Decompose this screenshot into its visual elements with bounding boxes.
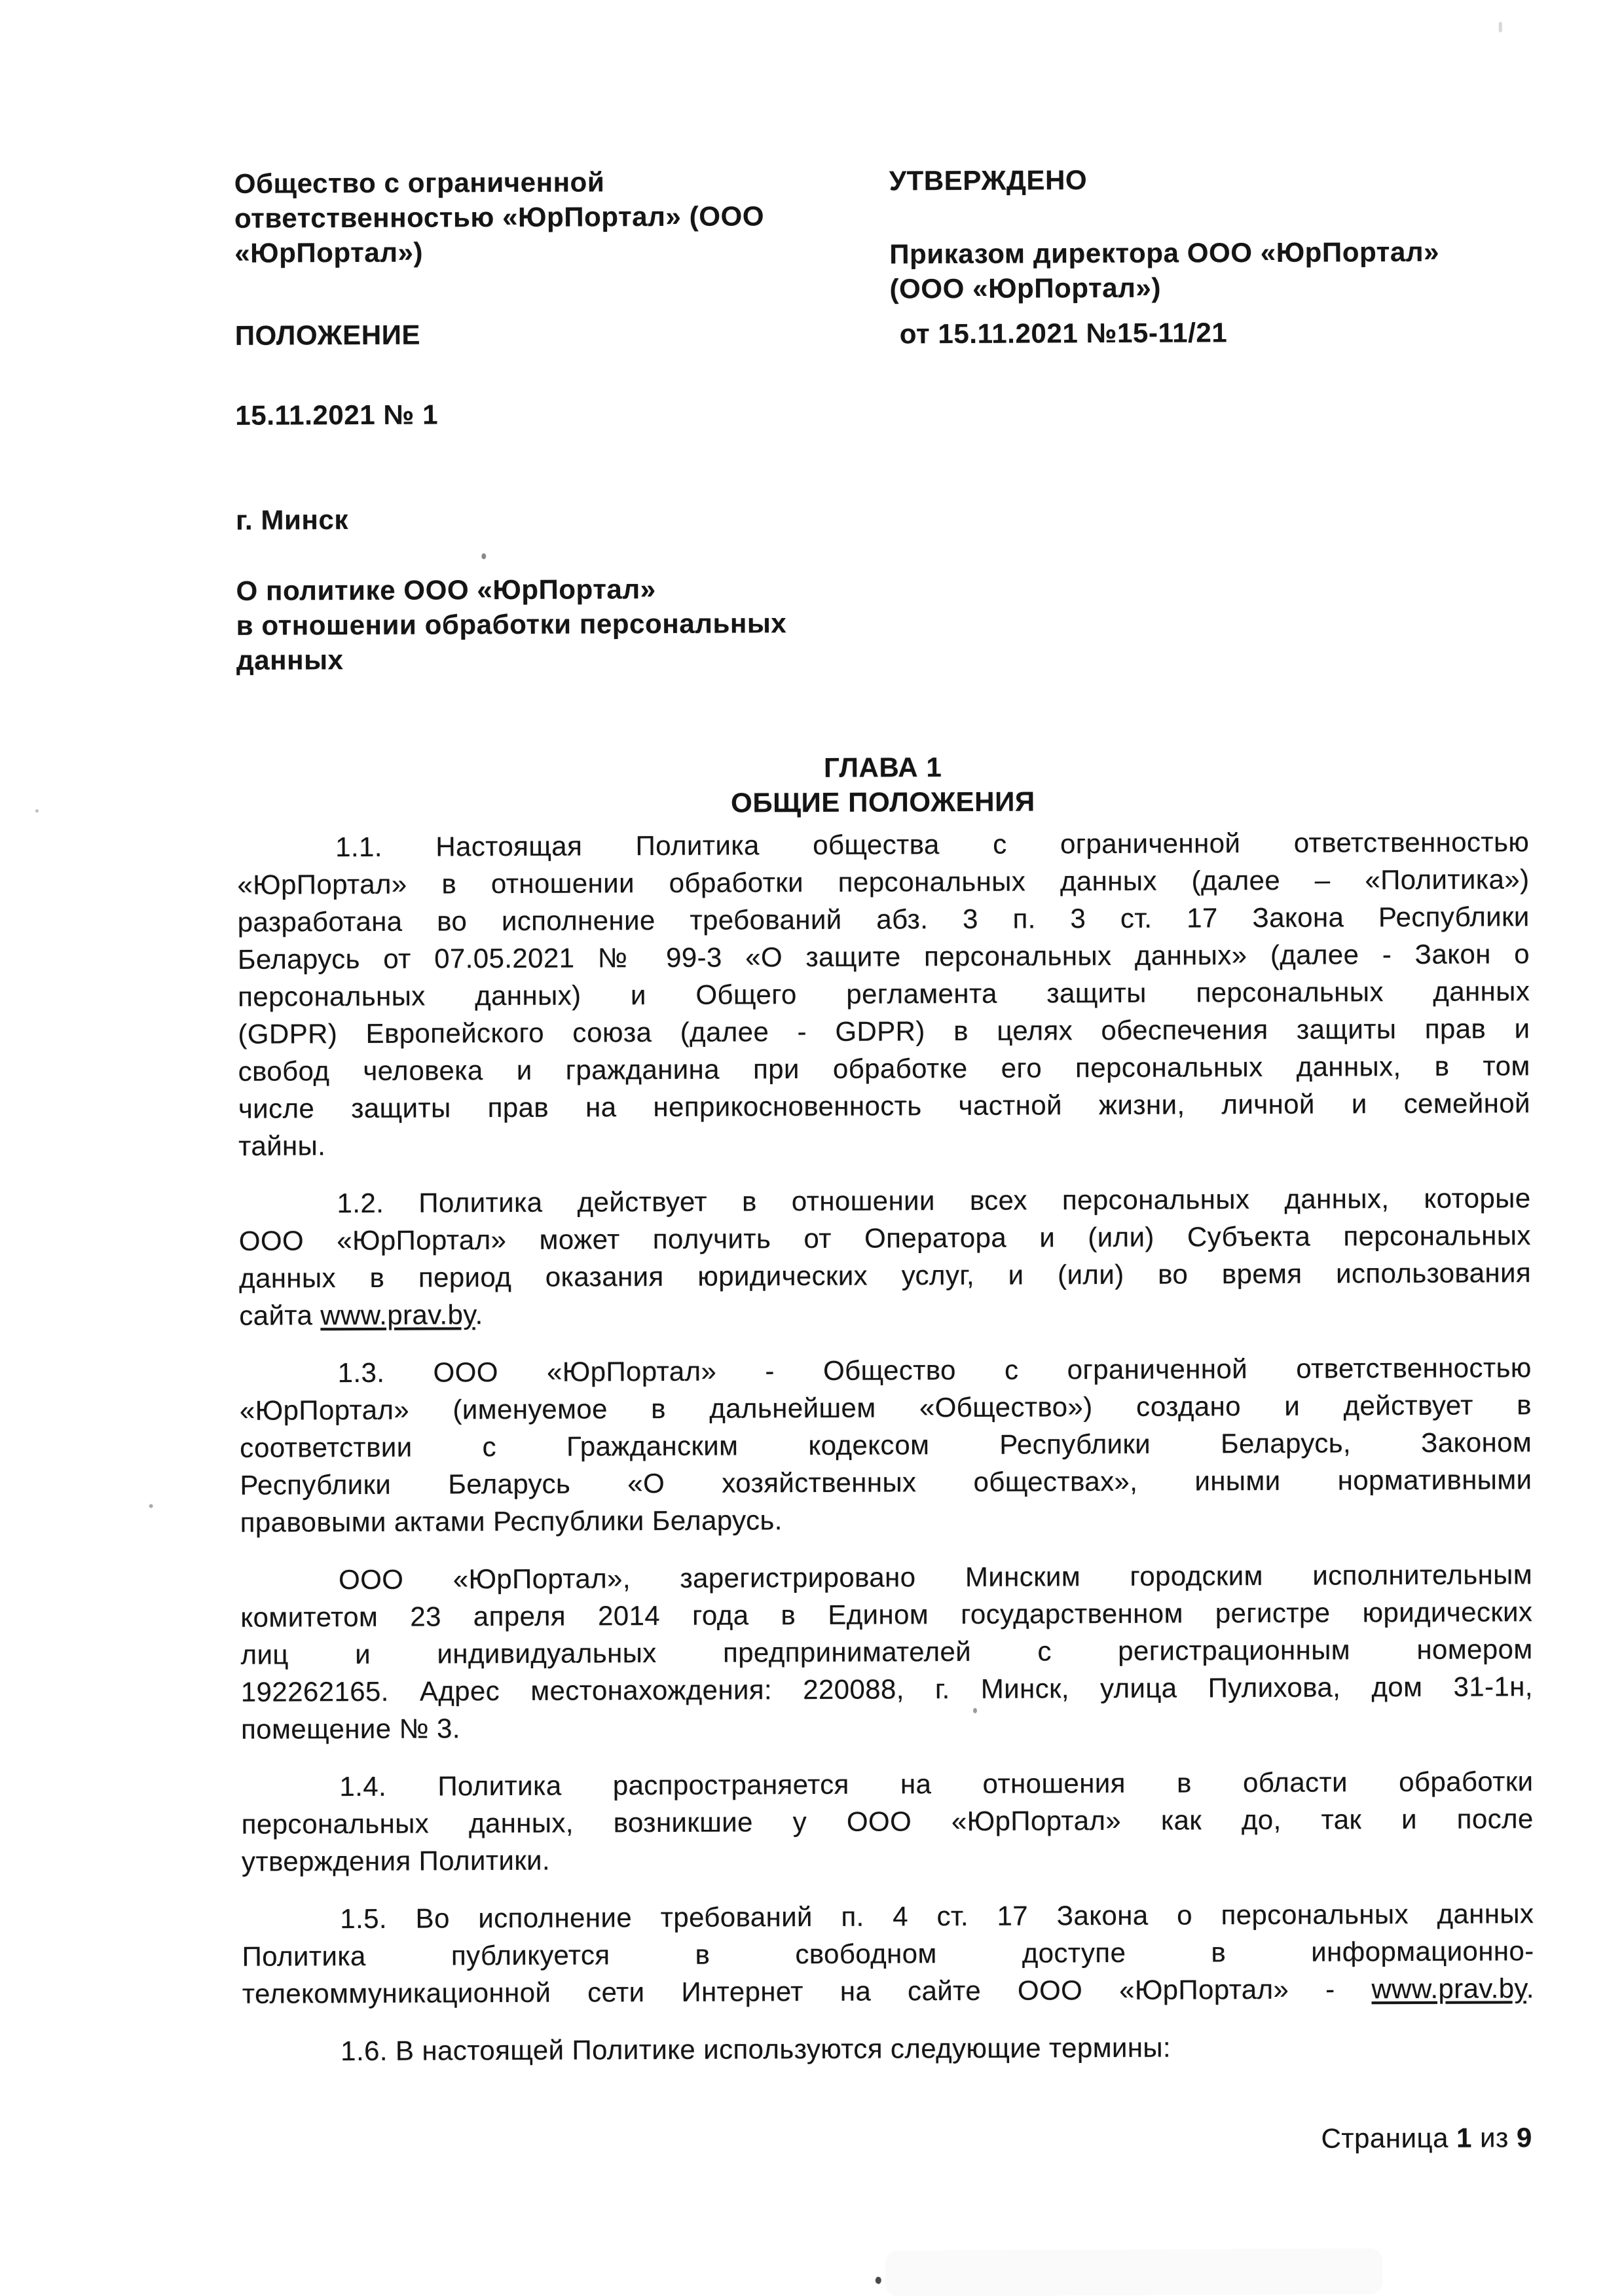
- company-name: Общество с ограниченнойответственностью …: [234, 164, 765, 270]
- document-line: числе защиты прав на неприкосновенность …: [238, 1084, 1530, 1127]
- document-line: 1.1. Настоящая Политика общества с огран…: [237, 823, 1529, 866]
- document-line: Беларусь от 07.05.2021 № 99-3 «О защите …: [238, 935, 1530, 978]
- paragraph: 1.4. Политика распространяется на отноше…: [241, 1762, 1534, 1880]
- scan-speck: [876, 2277, 881, 2284]
- city: г. Минск: [236, 502, 348, 538]
- doc-subject-line: данных: [236, 640, 787, 678]
- company-name-line: ответственностью «ЮрПортал» (ООО: [234, 198, 764, 236]
- paragraph: 1.3. ООО «ЮрПортал» - Общество с огранич…: [240, 1349, 1532, 1541]
- document-line: телекоммуникационной сети Интернет на са…: [242, 1969, 1534, 2013]
- document-line: ООО «ЮрПортал» может получить от Операто…: [239, 1216, 1531, 1260]
- document-page: Общество с ограниченнойответственностью …: [0, 0, 1624, 2296]
- paragraph: ООО «ЮрПортал», зарегистрировано Минским…: [240, 1556, 1533, 1748]
- footer-text: 1: [1456, 2123, 1472, 2153]
- prav-by-link: www.prav.by: [1371, 1973, 1526, 2004]
- chapter-heading: ГЛАВА 1 ОБЩИЕ ПОЛОЖЕНИЯ: [237, 747, 1529, 822]
- document-line: сайта www.prav.by.: [239, 1291, 1531, 1334]
- paragraph: 1.2. Политика действует в отношении всех…: [238, 1179, 1531, 1334]
- document-line: 192262165. Адрес местонахождения: 220088…: [241, 1667, 1533, 1711]
- order-date-number: от 15.11.2021 №15-11/21: [900, 315, 1228, 351]
- paragraph: 1.6. В настоящей Политике используются с…: [242, 2027, 1534, 2070]
- approval-stamp: Приказом директора ООО «ЮрПортал»(ООО «Ю…: [889, 234, 1439, 306]
- paragraph: 1.1. Настоящая Политика общества с огран…: [237, 823, 1530, 1165]
- document-line: свобод человека и гражданина при обработ…: [238, 1047, 1530, 1090]
- document-line: 1.2. Политика действует в отношении всех…: [238, 1179, 1530, 1222]
- doc-subject-line: в отношении обработки персональных: [236, 606, 787, 643]
- document-line: «ЮрПортал» (именуемое в дальнейшем «Обще…: [240, 1386, 1532, 1429]
- scanned-content: Общество с ограниченнойответственностью …: [0, 0, 1624, 2296]
- document-line: ООО «ЮрПортал», зарегистрировано Минским…: [240, 1556, 1532, 1599]
- document-line: разработана во исполнение требований абз…: [238, 898, 1530, 941]
- chapter-number: ГЛАВА 1: [237, 747, 1529, 788]
- paragraph: 1.5. Во исполнение требований п. 4 ст. 1…: [242, 1895, 1534, 2013]
- approved-by-line: (ООО «ЮрПортал»): [889, 269, 1439, 306]
- document-line: 1.3. ООО «ЮрПортал» - Общество с огранич…: [240, 1349, 1532, 1392]
- scan-speck: [481, 553, 486, 559]
- document-line: помещение № 3.: [241, 1705, 1533, 1748]
- document-line: (GDPR) Европейского союза (далее - GDPR)…: [238, 1010, 1530, 1053]
- document-line: данных в период оказания юридических усл…: [239, 1254, 1531, 1297]
- page-footer: Страница 1 из 9: [1321, 2122, 1532, 2154]
- footer-text: 9: [1517, 2122, 1532, 2153]
- document-body: 1.1. Настоящая Политика общества с огран…: [237, 823, 1534, 2090]
- doc-subject-line: О политике ООО «ЮрПортал»: [236, 571, 786, 608]
- chapter-title: ОБЩИЕ ПОЛОЖЕНИЯ: [237, 782, 1529, 822]
- document-line: лиц и индивидуальных предпринимателей с …: [240, 1630, 1532, 1673]
- document-line: 1.4. Политика распространяется на отноше…: [241, 1762, 1533, 1806]
- scan-speck: [973, 1708, 977, 1713]
- document-line: Политика публикуется в свободном доступе…: [242, 1932, 1534, 1975]
- document-line: персональных данных, возникшие у ООО «Юр…: [242, 1800, 1534, 1843]
- document-line: 1.5. Во исполнение требований п. 4 ст. 1…: [242, 1895, 1534, 1938]
- company-name-line: Общество с ограниченной: [234, 164, 764, 201]
- company-name-line: «ЮрПортал»): [234, 233, 764, 270]
- document-line: правовыми актами Республики Беларусь.: [240, 1498, 1532, 1541]
- scan-speck: [1499, 22, 1502, 32]
- document-line: 1.6. В настоящей Политике используются с…: [242, 2027, 1534, 2070]
- document-line: комитетом 23 апреля 2014 года в Едином г…: [240, 1593, 1532, 1636]
- document-line: соответствии с Гражданским кодексом Респ…: [240, 1423, 1532, 1467]
- scan-speck: [35, 809, 39, 812]
- doc-date-number: 15.11.2021 № 1: [235, 397, 438, 432]
- document-line: Республики Беларусь «О хозяйственных общ…: [240, 1461, 1532, 1504]
- document-line: персональных данных) и Общего регламента…: [238, 972, 1530, 1015]
- scan-smudge: [885, 2248, 1383, 2296]
- document-line: тайны.: [238, 1121, 1530, 1165]
- document-line: утверждения Политики.: [242, 1837, 1534, 1880]
- doc-subject: О политике ООО «ЮрПортал»в отношении обр…: [236, 571, 786, 678]
- footer-text: из: [1472, 2122, 1517, 2153]
- scan-speck: [149, 1504, 153, 1508]
- doc-type: ПОЛОЖЕНИЕ: [235, 318, 421, 353]
- approved-by-line: Приказом директора ООО «ЮрПортал»: [889, 234, 1439, 272]
- approved-label: УТВЕРЖДЕНО: [889, 162, 1088, 198]
- prav-by-link: www.prav.by: [320, 1299, 475, 1330]
- footer-text: Страница: [1321, 2123, 1456, 2154]
- document-line: «ЮрПортал» в отношении обработки персона…: [237, 860, 1529, 903]
